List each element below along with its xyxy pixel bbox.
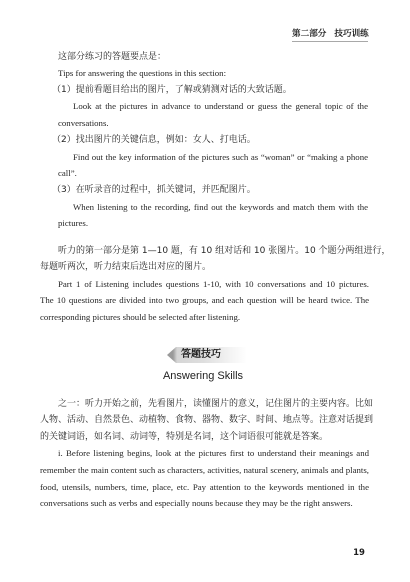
skill1-en-line-1: i. Before listening begins, look at the …	[58, 447, 369, 459]
tip-1-en-line-2: conversations.	[58, 117, 109, 129]
running-header-title: 技巧训练	[334, 29, 368, 39]
tip-2-en-line-2: call”.	[58, 167, 77, 179]
part1-en-line-2: The 10 questions are divided into two gr…	[40, 294, 369, 306]
skill1-en-line-2: remember the main content such as charac…	[40, 464, 369, 476]
page-number: 19	[344, 547, 374, 559]
running-header: 第二部分技巧训练	[292, 28, 368, 42]
tips-intro-cn: 这部分练习的答题要点是：	[58, 51, 166, 63]
book-page: 第二部分技巧训练 这部分练习的答题要点是： Tips for answering…	[0, 0, 410, 582]
tip-1-cn: （1）提前看题目给出的图片，了解或猜测对话的大致话题。	[52, 84, 292, 96]
tip-3-en-line-2: pictures.	[58, 217, 88, 229]
part1-en-line-3: corresponding pictures should be selecte…	[40, 311, 240, 323]
skill1-cn-line-2: 人物、活动、自然景色、动植物、食物、器物、数字、时间、地点等。注意对话提到	[40, 414, 369, 426]
tip-3-en-line-1: When listening to the recording, find ou…	[73, 201, 368, 213]
skill1-cn-line-3: 的关键词语，如名词、动词等，特别是名词，这个词语很可能就是答案。	[40, 431, 328, 443]
tips-intro-en: Tips for answering the questions in this…	[58, 67, 226, 79]
tip-2-en-line-1: Find out the key information of the pict…	[73, 151, 368, 163]
section-heading-en: Answering Skills	[143, 369, 263, 383]
part1-cn-line-1: 听力的第一部分是第 1—10 题，有 10 组对话和 10 张图片。10 个题分…	[58, 245, 369, 257]
skill1-en-line-4: conversations such as verbs and especial…	[40, 497, 353, 509]
part1-cn-line-2: 每题听两次，听力结束后选出对应的图片。	[40, 261, 211, 273]
section-badge-label: 答题技巧	[181, 349, 221, 361]
tip-1-en-line-1: Look at the pictures in advance to under…	[73, 100, 368, 112]
part1-en-line-1: Part 1 of Listening includes questions 1…	[58, 278, 369, 290]
skill1-cn-line-1: 之一：听力开始之前，先看图片，读懂图片的意义，记住图片的主要内容。比如	[58, 398, 369, 410]
tip-2-cn: （2）找出图片的关键信息，例如：女人、打电话。	[52, 134, 256, 146]
tip-3-cn: （3）在听录音的过程中，抓关键词，并匹配图片。	[52, 184, 256, 196]
skill1-en-line-3: food, utensils, numbers, time, place, et…	[40, 481, 369, 493]
running-header-part: 第二部分	[292, 29, 326, 39]
